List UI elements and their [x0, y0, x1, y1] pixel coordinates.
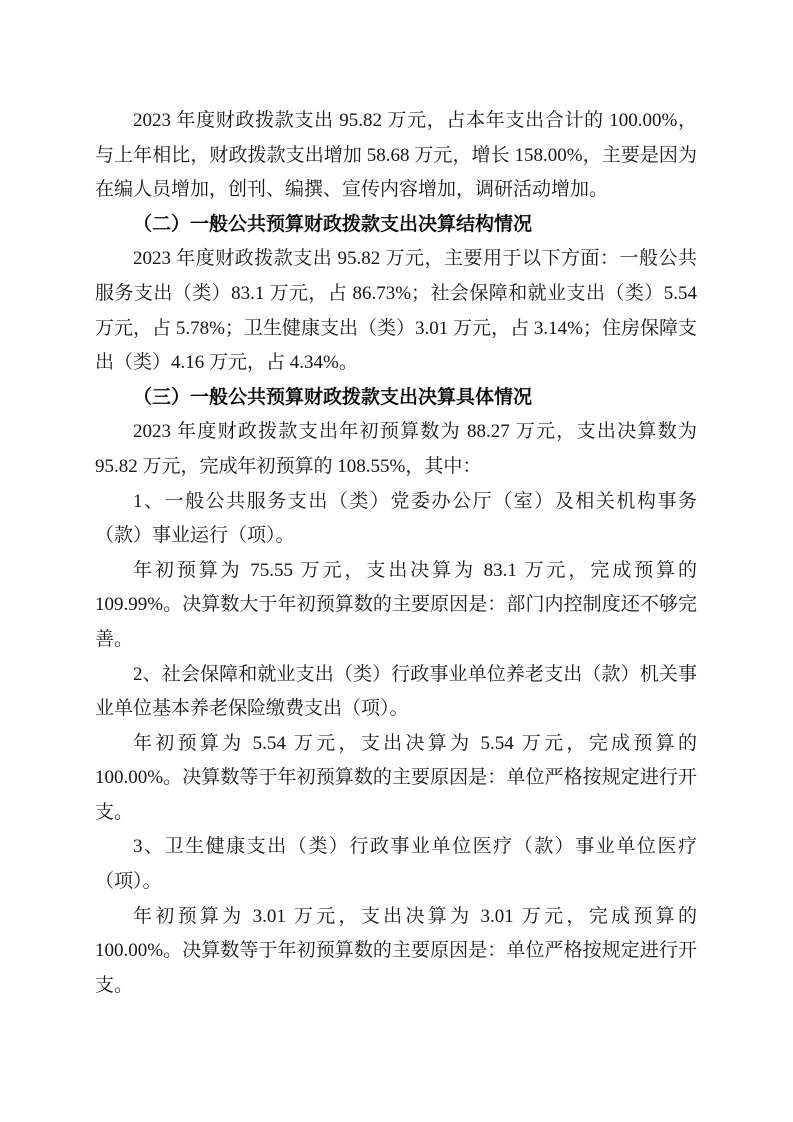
- paragraph-expenditure-structure: 2023 年度财政拨款支出 95.82 万元，主要用于以下方面：一般公共服务支出…: [95, 242, 697, 380]
- paragraph-item-1-title: 1、一般公共服务支出（类）党委办公厅（室）及相关机构事务（款）事业运行（项）。: [95, 485, 697, 554]
- paragraph-item-2-detail: 年初预算为 5.54 万元，支出决算为 5.54 万元，完成预算的 100.00…: [95, 727, 697, 831]
- section-heading-details: （三）一般公共预算财政拨款支出决算具体情况: [95, 381, 697, 416]
- document-page: 2023 年度财政拨款支出 95.82 万元，占本年支出合计的 100.00%，…: [0, 0, 793, 1122]
- document-content: 2023 年度财政拨款支出 95.82 万元，占本年支出合计的 100.00%，…: [95, 104, 697, 1003]
- paragraph-item-1-detail: 年初预算为 75.55 万元，支出决算为 83.1 万元，完成预算的 109.9…: [95, 554, 697, 658]
- paragraph-budget-vs-final: 2023 年度财政拨款支出年初预算数为 88.27 万元，支出决算数为 95.8…: [95, 415, 697, 484]
- paragraph-item-3-title: 3、卫生健康支出（类）行政事业单位医疗（款）事业单位医疗（项）。: [95, 830, 697, 899]
- section-heading-structure: （二）一般公共预算财政拨款支出决算结构情况: [95, 208, 697, 243]
- paragraph-fiscal-expenditure-overview: 2023 年度财政拨款支出 95.82 万元，占本年支出合计的 100.00%，…: [95, 104, 697, 208]
- paragraph-item-2-title: 2、社会保障和就业支出（类）行政事业单位养老支出（款）机关事业单位基本养老保险缴…: [95, 658, 697, 727]
- paragraph-item-3-detail: 年初预算为 3.01 万元，支出决算为 3.01 万元，完成预算的 100.00…: [95, 900, 697, 1004]
